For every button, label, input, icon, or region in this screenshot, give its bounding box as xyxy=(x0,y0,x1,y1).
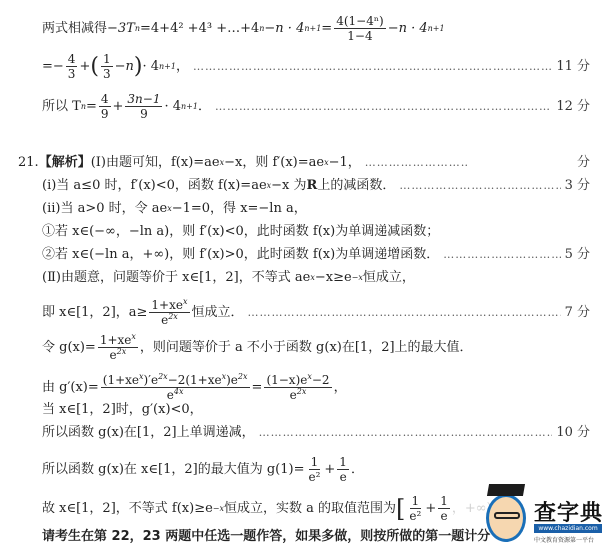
math: + xyxy=(79,59,90,75)
derivation-line-1: 两式相减得 −3Tn =4+4² +4³ +…+4n −n · 4n+1 = 4… xyxy=(42,14,445,43)
math-sup: 2x xyxy=(238,372,248,381)
fraction: (1−x)ex−2 e2x xyxy=(264,373,331,402)
fraction: 1 e xyxy=(438,494,450,523)
fraction: 3n−1 9 xyxy=(125,92,162,121)
q21-derivative-line: 由 g′(x)= (1+xex)′e2x−2(1+xex)e2x e4x = (… xyxy=(42,373,347,402)
fraction: 1 3 xyxy=(101,52,113,81)
text: ②若 x∈(−ln a，+∞)，则 f′(x)>0，此时函数 f(x)为单调递增… xyxy=(42,247,439,263)
text: ①若 x∈(−∞，−ln a)，则 f′(x)<0，此时函数 f(x)为单调递减… xyxy=(42,224,439,240)
denominator: e2x xyxy=(288,388,309,402)
score-label: 11 分 xyxy=(556,59,590,75)
math: (1+xe xyxy=(103,373,139,387)
numerator: (1−x)ex−2 xyxy=(264,373,331,388)
derivation-line-3: 所以 Tn = 4 9 + 3n−1 9 · 4n+1 ． 12 分 xyxy=(42,92,590,121)
text: −1=0，得 x=−ln a， xyxy=(172,201,307,217)
watermark-url: www.chazidian.com xyxy=(534,524,602,533)
denominator: e xyxy=(438,509,449,523)
q21-range-line: 故 x∈[1，2]，不等式 f(x)≥e−x 恒成立，实数 a 的取值范围为 [… xyxy=(42,494,492,523)
q21-decreasing-line: 所以函数 g(x)在[1，2]上单调递减， 10 分 xyxy=(42,425,590,441)
numerator: 4 xyxy=(66,52,78,67)
q21-case-ii: (ⅱ)当 a>0 时，令 aex −1=0，得 x=−ln a， xyxy=(42,201,307,217)
q21-max-line: 所以函数 g(x)在 x∈[1，2]的最大值为 g(1)= 1 e² + 1 e… xyxy=(42,455,364,484)
graduation-cap-icon xyxy=(487,484,525,496)
dot-leader xyxy=(399,178,560,194)
solution-tag: 【解析】 xyxy=(39,155,91,171)
text: 所以函数 g(x)在[1，2]上单调递减， xyxy=(42,425,255,441)
glasses-icon xyxy=(494,512,520,519)
denominator: 3 xyxy=(101,67,113,81)
math: · 4 xyxy=(164,99,181,115)
score-label: 分 xyxy=(577,155,590,171)
text: (ⅱ)当 a>0 时，令 ae xyxy=(42,201,167,217)
text: 故 x∈[1，2]，不等式 f(x)≥e xyxy=(42,501,213,517)
denominator: 9 xyxy=(138,107,150,121)
dot-leader xyxy=(248,305,561,321)
text: 当 x∈[1，2]时，g′(x)<0， xyxy=(42,402,203,418)
denominator: e² xyxy=(407,509,423,523)
dot-leader xyxy=(193,59,552,75)
fraction: 1 e xyxy=(337,455,349,484)
score-label: 10 分 xyxy=(556,425,590,441)
text: (ⅰ)当 a≤0 时，f′(x)<0，函数 f(x)=ae xyxy=(42,178,267,194)
math-sup: x xyxy=(183,297,188,306)
numerator: 3n−1 xyxy=(125,92,162,107)
q21-define-g: 令 g(x)= 1+xex e2x ，则问题等价于 a 不小于函数 g(x)在[… xyxy=(42,333,473,362)
fraction: 4 3 xyxy=(66,52,78,81)
dot-leader xyxy=(365,155,469,171)
math-set-R: R xyxy=(307,178,318,194)
dot-leader xyxy=(215,99,552,115)
math: )e xyxy=(226,373,238,387)
watermark-title: 查字典 xyxy=(534,496,603,527)
text: 所以函数 g(x)在 x∈[1，2]的最大值为 g(1)= xyxy=(42,462,304,478)
q21-subcase-2: ②若 x∈(−ln a，+∞)，则 f′(x)>0，此时函数 f(x)为单调递增… xyxy=(42,247,590,263)
math-sup: x xyxy=(131,332,136,341)
derivation-line-2: =− 4 3 + ( 1 3 −n ) · 4n+1 ， 11 分 xyxy=(42,52,590,81)
math: )′e xyxy=(144,373,159,387)
math: e xyxy=(110,348,117,362)
fraction: 4 9 xyxy=(99,92,111,121)
text: (Ⅰ)由题可知，f(x)=ae xyxy=(91,155,220,171)
q21-sign-line: 当 x∈[1，2]时，g′(x)<0， xyxy=(42,402,203,418)
math: ( xyxy=(90,57,99,77)
math: = xyxy=(252,380,263,396)
math-sup: 2x xyxy=(297,387,307,396)
score-label: 12 分 xyxy=(556,99,590,115)
math: · 4 xyxy=(142,59,159,75)
denominator: 1−4 xyxy=(345,29,374,43)
text: (Ⅱ)由题意，问题等价于 x∈[1，2]，不等式 ae xyxy=(42,270,310,286)
text: 由 g′(x)= xyxy=(42,380,99,396)
math: =− xyxy=(42,59,64,75)
math: 1+xe xyxy=(151,298,183,312)
math: −2(1+xe xyxy=(168,373,222,387)
fraction: (1+xex)′e2x−2(1+xex)e2x e4x xyxy=(101,373,250,402)
math: = xyxy=(321,21,332,37)
exam-instruction-note: 请考生在第 22，23 两题中任选一题作答，如果多做，则按所做的第一题计分 xyxy=(42,525,490,544)
math: ， xyxy=(334,380,347,396)
math-sup: 2x xyxy=(117,347,127,356)
q21-case-i: (ⅰ)当 a≤0 时，f′(x)<0，函数 f(x)=aex −x 为 R 上的… xyxy=(42,178,590,194)
math: =4+4² +4³ +…+4 xyxy=(140,21,259,37)
numerator: 1 xyxy=(101,52,113,67)
math: −2 xyxy=(312,373,330,387)
q21-header: 21. 【解析】 (Ⅰ)由题可知，f(x)=aex −x，则 f′(x)=aex… xyxy=(18,155,590,171)
numerator: 1 xyxy=(337,455,349,470)
text: −x 为 xyxy=(271,178,306,194)
watermark-slogan: 中文教育资源第一平台 xyxy=(534,535,594,544)
denominator: e2x xyxy=(159,313,180,327)
text: 恒成立． xyxy=(192,305,244,321)
denominator: 3 xyxy=(66,67,78,81)
numerator: 1 xyxy=(410,494,422,509)
math: [ xyxy=(396,499,405,519)
watermark-logo: 查字典 www.chazidian.com 中文教育资源第一平台 xyxy=(480,480,605,549)
fraction: 1 e² xyxy=(306,455,322,484)
fraction: 1 e² xyxy=(407,494,423,523)
denominator: 9 xyxy=(99,107,111,121)
numerator: 4 xyxy=(99,92,111,107)
q21-inequality-line: 即 x∈[1，2]，a≥ 1+xex e2x 恒成立． 7 分 xyxy=(42,298,590,327)
math: + xyxy=(324,462,335,478)
math: e xyxy=(167,388,174,402)
text: 上的减函数． xyxy=(317,178,395,194)
answer-key-page: 两式相减得 −3Tn =4+4² +4³ +…+4n −n · 4n+1 = 4… xyxy=(0,0,605,549)
numerator: 1+xex xyxy=(149,298,189,313)
math: −3T xyxy=(107,21,135,37)
dot-leader xyxy=(443,247,560,263)
math: + xyxy=(425,501,436,517)
math: ， xyxy=(176,59,189,75)
text: 令 g(x)= xyxy=(42,340,96,356)
math: 1+xe xyxy=(100,333,132,347)
numerator: 4(1−4ⁿ) xyxy=(334,14,386,29)
fraction: 1+xex e2x xyxy=(149,298,189,327)
math: ． xyxy=(198,99,211,115)
text: −x≥e xyxy=(315,270,352,286)
math: −n · 4 xyxy=(264,21,304,37)
question-number: 21. xyxy=(18,155,39,171)
math-sup: 4x xyxy=(174,387,184,396)
score-label: 5 分 xyxy=(565,247,590,263)
math: e xyxy=(290,388,297,402)
denominator: e xyxy=(338,470,349,484)
text: 恒成立， xyxy=(363,270,415,286)
denominator: e4x xyxy=(165,388,186,402)
math-sup: 2x xyxy=(168,312,178,321)
text: 两式相减得 xyxy=(42,21,107,37)
text: −1， xyxy=(329,155,361,171)
q21-part-ii: (Ⅱ)由题意，问题等价于 x∈[1，2]，不等式 aex −x≥e−x 恒成立， xyxy=(42,270,415,286)
numerator: 1 xyxy=(309,455,321,470)
score-label: 7 分 xyxy=(565,305,590,321)
fraction: 1+xex e2x xyxy=(98,333,138,362)
dot-leader xyxy=(259,425,553,441)
numerator: 1+xex xyxy=(98,333,138,348)
text: 即 x∈[1，2]，a≥ xyxy=(42,305,147,321)
math: = xyxy=(86,99,97,115)
denominator: e2x xyxy=(108,348,129,362)
text: 恒成立，实数 a 的取值范围为 xyxy=(224,501,396,517)
denominator: e² xyxy=(306,470,322,484)
fraction: 4(1−4ⁿ) 1−4 xyxy=(334,14,386,43)
math-sup: 2x xyxy=(158,372,168,381)
math: −n xyxy=(115,59,134,75)
text: 所以 T xyxy=(42,99,81,115)
numerator: (1+xex)′e2x−2(1+xex)e2x xyxy=(101,373,250,388)
math: ) xyxy=(134,57,143,77)
math: ． xyxy=(351,462,364,478)
q21-subcase-1: ①若 x∈(−∞，−ln a)，则 f′(x)<0，此时函数 f(x)为单调递减… xyxy=(42,224,439,240)
text: −x，则 f′(x)=ae xyxy=(224,155,324,171)
math: + xyxy=(113,99,124,115)
text: ，则问题等价于 a 不小于函数 g(x)在[1，2]上的最大值． xyxy=(140,340,473,356)
math: (1−x)e xyxy=(266,373,307,387)
score-label: 3 分 xyxy=(565,178,590,194)
numerator: 1 xyxy=(438,494,450,509)
math: −n · 4 xyxy=(388,21,428,37)
